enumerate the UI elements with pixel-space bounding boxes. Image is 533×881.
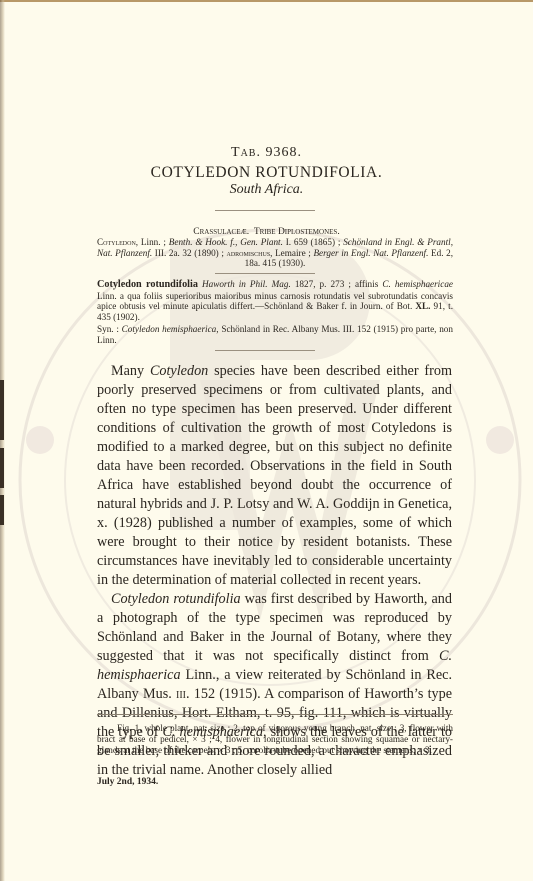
- paragraph: Many Cotyledon species have been describ…: [97, 362, 452, 590]
- volume: XL.: [415, 301, 430, 311]
- synonym-label: Syn. :: [97, 324, 122, 334]
- text-run: species have been described either from …: [97, 363, 452, 588]
- latin-diagnosis: Cotyledon rotundifolia Haworth in Phil. …: [97, 279, 453, 322]
- binding-mark: [0, 448, 4, 488]
- genus-italic: Cotyledon: [150, 363, 208, 379]
- page-top-edge: [0, 0, 533, 2]
- diagnosis-text: Linn. a qua foliis superioribus maioribu…: [97, 291, 453, 312]
- divider: [215, 350, 315, 351]
- volume-numeral: iii.: [176, 686, 190, 702]
- figure-caption: Fig. 1, whole plant, nat. size ; 2, top …: [97, 723, 453, 755]
- binding-mark: [0, 495, 4, 525]
- publication-date: July 2nd, 1934.: [97, 777, 158, 787]
- reference-detail: I. 659 (1865) ;: [283, 237, 343, 247]
- binding-mark: [0, 380, 4, 440]
- species-title: COTYLEDON ROTUNDIFOLIA.: [0, 164, 533, 182]
- family-line: Crassulaceæ. Tribe Diplostemones.: [0, 227, 533, 237]
- plate-value: 9368.: [265, 145, 302, 160]
- plate-label: Tab.: [231, 145, 261, 160]
- tribe-name: Tribe Diplostemones.: [254, 227, 340, 237]
- reference-title: Benth. & Hook. f., Gen. Plant.: [169, 237, 283, 247]
- genus-name: Cotyledon: [97, 237, 136, 247]
- authority: Haworth in Phil. Mag.: [202, 279, 291, 289]
- genus-name: adromischus: [226, 248, 270, 258]
- citation: 1827, p. 273 ; affinis: [291, 279, 383, 289]
- species-name: Cotyledon rotundifolia: [97, 279, 198, 290]
- body-text: Many Cotyledon species have been describ…: [97, 362, 452, 780]
- genus-author: , Linn. ;: [136, 237, 169, 247]
- region-subtitle: South Africa.: [0, 182, 533, 198]
- genus-author: , Lemaire ;: [270, 248, 313, 258]
- text-run: Many: [111, 363, 150, 379]
- reference-detail: III. 2a. 32 (1890) ;: [152, 248, 226, 258]
- footnote-rule: [97, 714, 453, 715]
- synonym-name: Cotyledon hemisphaerica: [122, 324, 217, 334]
- binding-edge: [0, 0, 5, 881]
- species-italic: Cotyledon rotundifolia: [111, 591, 241, 607]
- document-page: Tab. 9368. COTYLEDON ROTUNDIFOLIA. South…: [0, 0, 533, 881]
- affinis-species: C. hemisphaericae: [382, 279, 453, 289]
- genus-references: Cotyledon, Linn. ; Benth. & Hook. f., Ge…: [97, 237, 453, 269]
- divider: [215, 273, 315, 274]
- divider: [215, 210, 315, 211]
- caption-text: Fig. 1, whole plant, nat. size ; 2, top …: [97, 723, 453, 755]
- family-name: Crassulaceæ.: [193, 227, 249, 237]
- synonymy: Syn. : Cotyledon hemisphaerica, Schönlan…: [97, 324, 453, 345]
- plate-number: Tab. 9368.: [0, 145, 533, 161]
- reference-title: Berger in Engl. Nat. Pflanzenf.: [313, 248, 428, 258]
